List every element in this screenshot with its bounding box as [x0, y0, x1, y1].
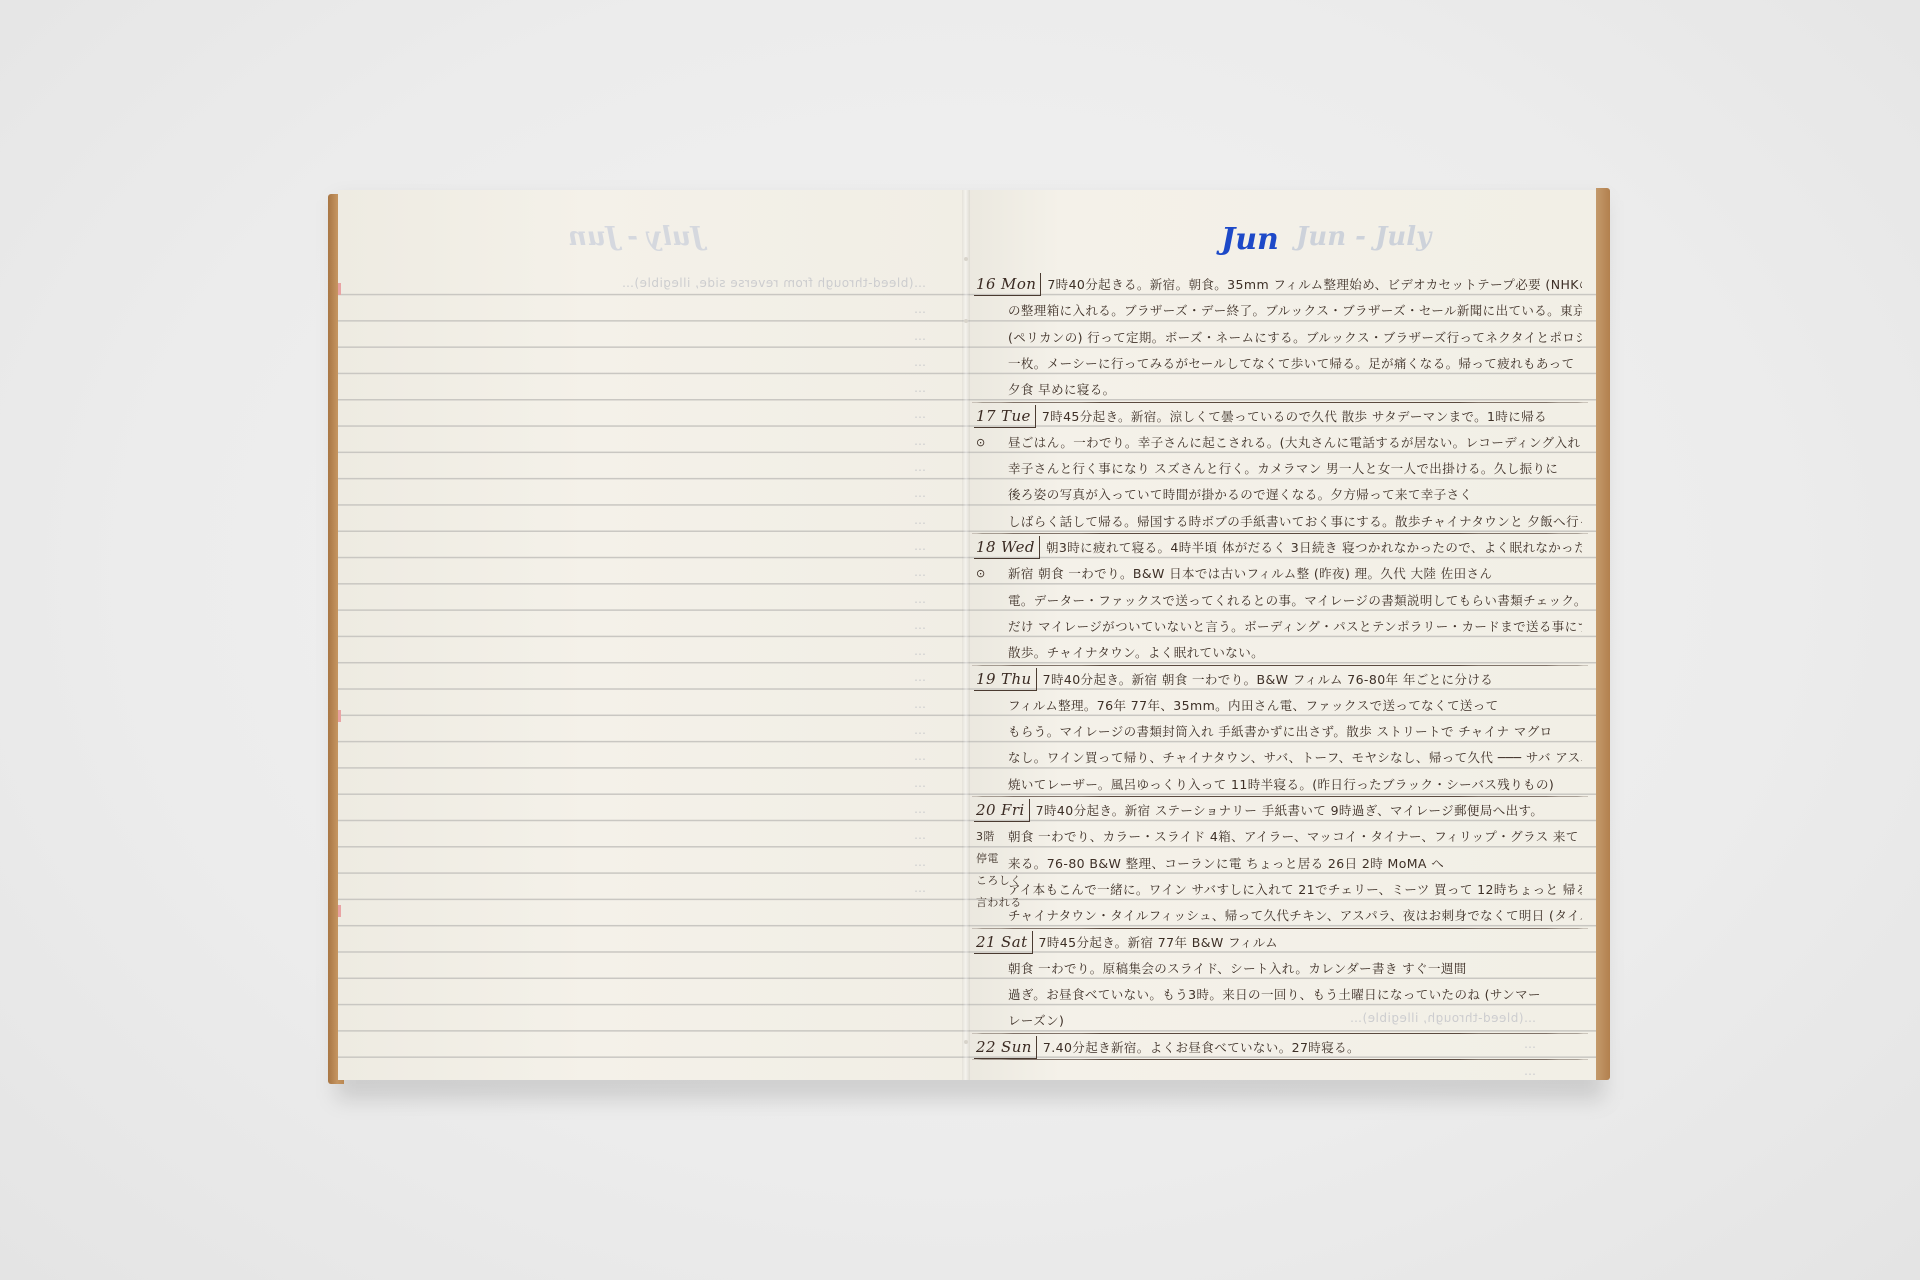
entry-text: もらう。マイレージの書類封筒入れ 手紙書かずに出さず。散歩 ストリートで チャイ… — [1008, 724, 1553, 739]
entry-line: 一枚。メーシーに行ってみるがセールしてなくて歩いて帰る。足が痛くなる。帰って疲れ… — [974, 351, 1582, 377]
entry-text: チャイナタウン・タイルフィッシュ、帰って久代チキン、アスパラ、夜はお刺身でなくて… — [1008, 908, 1582, 923]
bleed-through-line: … — [358, 480, 926, 506]
entry-text: (ペリカンの) 行って定期。ボーズ・ネームにする。ブルックス・ブラザーズ行ってネ… — [1008, 330, 1582, 345]
entry-line: だけ マイレージがついていないと言う。ボーディング・パスとテンポラリー・カードま… — [974, 614, 1582, 640]
bleed-through-line: … — [358, 323, 926, 349]
entry-text: 7時40分起き。新宿 朝食 一わでり。B&W フィルム 76-80年 年ごとに分… — [1043, 672, 1494, 687]
entry-text: 7時40分起きる。新宿。朝食。35mm フィルム整理始め、ビデオカセットテープ必… — [1047, 277, 1582, 292]
entry-text: しばらく話して帰る。帰国する時ボブの手紙書いておく事にする。散歩チャイナタウンと… — [1008, 514, 1582, 529]
entry-date: 17 Tue — [974, 405, 1036, 428]
bleed-through-line: …(bleed-through, illegible)… — [1056, 1005, 1536, 1031]
entry-date: 20 Fri — [974, 799, 1030, 822]
entry-separator — [972, 665, 1588, 666]
entry-date: 22 Sun — [974, 1036, 1037, 1059]
entry-text: 7時40分起き。新宿 ステーショナリー 手紙書いて 9時過ぎ、マイレージ郵便局へ… — [1036, 803, 1544, 818]
entry-line: の整理箱に入れる。ブラザーズ・デー終了。ブルックス・ブラザーズ・セール新聞に出て… — [974, 298, 1582, 324]
binding-stitch — [964, 319, 968, 323]
notebook-cover-right-edge — [1596, 188, 1610, 1080]
diary-entry: 19 Thu7時40分起き。新宿 朝食 一わでり。B&W フィルム 76-80年… — [974, 667, 1582, 798]
entry-text: 過ぎ。お昼食べていない。もう3時。来日の一回り、もう土曜日になっていたのね (サ… — [1008, 987, 1541, 1002]
entry-text: 電。データー・ファックスで送ってくれるとの事。マイレージの書類説明してもらい書類… — [1008, 593, 1582, 608]
entry-text: アイ本もこんで一緒に。ワイン サバすしに入れて 21でチェリー、ミーツ 買って … — [1008, 882, 1582, 897]
entry-text: 7時45分起き。新宿。涼しくて曇っているので久代 散歩 サタデーマンまで。1時に… — [1042, 409, 1547, 424]
bleed-through-line: … — [358, 822, 926, 848]
entry-line: 幸子さんと行く事になり スズさんと行く。カメラマン 男一人と女一人で出掛ける。久… — [974, 456, 1582, 482]
entry-line: (ペリカンの) 行って定期。ボーズ・ネームにする。ブルックス・ブラザーズ行ってネ… — [974, 325, 1582, 351]
circled-dot-mark: ⊙ — [976, 567, 986, 581]
bleed-through-line: … — [358, 875, 926, 901]
entry-line: もらう。マイレージの書類封筒入れ 手紙書かずに出さず。散歩 ストリートで チャイ… — [974, 719, 1582, 745]
entry-separator — [972, 928, 1588, 929]
bleed-through-line: … — [358, 770, 926, 796]
entry-text: 昼ごはん。一わでり。幸子さんに起こされる。(大丸さんに電話するが居ない。レコーデ… — [1008, 435, 1582, 450]
bleed-through-line: … — [358, 454, 926, 480]
entry-text: 幸子さんと行く事になり スズさんと行く。カメラマン 男一人と女一人で出掛ける。久… — [1008, 461, 1558, 476]
entry-text: 後ろ姿の写真が入っていて時間が掛かるので遅くなる。夕方帰って来て幸子さく — [1008, 487, 1472, 502]
bleed-through-line: … — [358, 401, 926, 427]
bleed-through-line: … — [358, 296, 926, 322]
entry-text: 新宿 朝食 一わでり。B&W 日本では古いフィルム整 (昨夜) 理。久代 大陸 … — [1008, 566, 1492, 581]
bleed-through-text: …(bleed-through from reverse side, illeg… — [358, 270, 926, 901]
entry-line: アイ本もこんで一緒に。ワイン サバすしに入れて 21でチェリー、ミーツ 買って … — [974, 877, 1582, 903]
binding-stitch — [964, 1040, 968, 1044]
entry-separator — [972, 402, 1588, 403]
entry-text: 朝3時に疲れて寝る。4時半頃 体がだるく 3日続き 寝つかれなかったので、よく眠… — [1046, 540, 1582, 555]
bleed-through-line: … — [1056, 1031, 1536, 1057]
entry-line: 後ろ姿の写真が入っていて時間が掛かるので遅くなる。夕方帰って来て幸子さく — [974, 482, 1582, 508]
entry-text: なし。ワイン買って帰り、チャイナタウン、サバ、トーフ、モヤシなし、帰って久代 ─… — [1008, 750, 1582, 765]
bleed-through-line: … — [358, 849, 926, 875]
bleed-through-line: …(bleed-through from reverse side, illeg… — [358, 270, 926, 296]
entry-line: 来る。76-80 B&W 整理、コーランに電 ちょっと居る 26日 2時 MoM… — [974, 851, 1582, 877]
bleed-through-line: … — [358, 349, 926, 375]
entry-date: 18 Wed — [974, 536, 1040, 559]
entry-line: フィルム整理。76年 77年、35mm。内田さん電、ファックスで送ってなくて送っ… — [974, 693, 1582, 719]
entry-text: の整理箱に入れる。ブラザーズ・デー終了。ブルックス・ブラザーズ・セール新聞に出て… — [1008, 303, 1582, 318]
diary-entry: 18 Wed朝3時に疲れて寝る。4時半頃 体がだるく 3日続き 寝つかれなかった… — [974, 535, 1582, 666]
bleed-through-line: … — [358, 612, 926, 638]
circled-dot-mark: ⊙ — [976, 436, 986, 450]
margin-note: 停電 — [976, 852, 999, 866]
bleed-through-line: … — [358, 717, 926, 743]
bleed-through-line: … — [358, 507, 926, 533]
entry-date: 19 Thu — [974, 668, 1037, 691]
entry-line: 17 Tue7時45分起き。新宿。涼しくて曇っているので久代 散歩 サタデーマン… — [974, 404, 1582, 430]
bleed-through-line: … — [358, 428, 926, 454]
open-notebook: July - Jun …(bleed-through from reverse … — [330, 190, 1602, 1090]
diary-entry: 17 Tue7時45分起き。新宿。涼しくて曇っているので久代 散歩 サタデーマン… — [974, 404, 1582, 535]
entry-line: 21 Sat7時45分起き。新宿 77年 B&W フィルム — [974, 930, 1582, 956]
diary-entry: 20 Fri7時40分起き。新宿 ステーショナリー 手紙書いて 9時過ぎ、マイレ… — [974, 798, 1582, 929]
entry-text: 来る。76-80 B&W 整理、コーランに電 ちょっと居る 26日 2時 MoM… — [1008, 856, 1444, 871]
entry-text: 7時45分起き。新宿 77年 B&W フィルム — [1039, 935, 1279, 950]
bleed-through-line: … — [1056, 1058, 1536, 1080]
entry-line: 朝食 一わでり、カラー・スライド 4箱、アイラー、マッコイ・タイナー、フィリップ… — [974, 824, 1582, 850]
entry-text: 焼いてレーザー。風呂ゆっくり入って 11時半寝る。(昨日行ったブラック・シーバス… — [1008, 777, 1554, 792]
bleed-through-line: … — [358, 743, 926, 769]
entry-line: 夕食 早めに寝る。 — [974, 377, 1582, 403]
entry-line: 電。データー・ファックスで送ってくれるとの事。マイレージの書類説明してもらい書類… — [974, 588, 1582, 614]
entry-line: 焼いてレーザー。風呂ゆっくり入って 11時半寝る。(昨日行ったブラック・シーバス… — [974, 772, 1582, 798]
right-page-ghost-month-title: Jun - July — [1296, 222, 1431, 252]
bleed-through-line: … — [358, 586, 926, 612]
month-title: Jun — [1221, 222, 1279, 257]
entry-text: 散歩。チャイナタウン。よく眠れていない。 — [1008, 645, 1264, 660]
red-margin-mark — [338, 283, 341, 295]
entry-text: フィルム整理。76年 77年、35mm。内田さん電、ファックスで送ってなくて送っ… — [1008, 698, 1499, 713]
left-page: July - Jun …(bleed-through from reverse … — [338, 190, 966, 1080]
margin-note: 3階 — [976, 830, 995, 844]
entry-text: 夕食 早めに寝る。 — [1008, 382, 1116, 397]
bleed-through-line: … — [358, 375, 926, 401]
entry-line: 朝食 一わでり。原稿集会のスライド、シート入れ。カレンダー書き すぐ一週間 — [974, 956, 1582, 982]
red-margin-mark — [338, 710, 341, 722]
entry-line: 20 Fri7時40分起き。新宿 ステーショナリー 手紙書いて 9時過ぎ、マイレ… — [974, 798, 1582, 824]
red-margin-mark — [338, 905, 341, 917]
binding-stitch — [964, 257, 968, 261]
bleed-through-line: … — [358, 691, 926, 717]
margin-note: 言われる — [976, 896, 1022, 910]
entry-line: 散歩。チャイナタウン。よく眠れていない。 — [974, 640, 1582, 666]
bleed-through-line: … — [358, 796, 926, 822]
margin-note: ころしく — [976, 874, 1022, 888]
bleed-through-line: … — [358, 559, 926, 585]
diary-entry: 16 Mon7時40分起きる。新宿。朝食。35mm フィルム整理始め、ビデオカセ… — [974, 272, 1582, 403]
left-page-ghost-month-title: July - Jun — [568, 222, 703, 252]
bleed-through-line: … — [358, 533, 926, 559]
entry-line: 新宿 朝食 一わでり。B&W 日本では古いフィルム整 (昨夜) 理。久代 大陸 … — [974, 561, 1582, 587]
entry-text: 朝食 一わでり、カラー・スライド 4箱、アイラー、マッコイ・タイナー、フィリップ… — [1008, 829, 1579, 844]
entry-text: 朝食 一わでり。原稿集会のスライド、シート入れ。カレンダー書き すぐ一週間 — [1008, 961, 1467, 976]
entry-text: だけ マイレージがついていないと言う。ボーディング・パスとテンポラリー・カードま… — [1008, 619, 1582, 634]
entry-line: チャイナタウン・タイルフィッシュ、帰って久代チキン、アスパラ、夜はお刺身でなくて… — [974, 903, 1582, 929]
entry-date: 16 Mon — [974, 273, 1041, 296]
entry-line: 16 Mon7時40分起きる。新宿。朝食。35mm フィルム整理始め、ビデオカセ… — [974, 272, 1582, 298]
bleed-through-line: … — [358, 638, 926, 664]
entry-line: 18 Wed朝3時に疲れて寝る。4時半頃 体がだるく 3日続き 寝つかれなかった… — [974, 535, 1582, 561]
entry-line: しばらく話して帰る。帰国する時ボブの手紙書いておく事にする。散歩チャイナタウンと… — [974, 509, 1582, 535]
right-page: Jun - July Jun 16 Mon7時40分起きる。新宿。朝食。35mm… — [966, 190, 1596, 1080]
entry-date: 21 Sat — [974, 931, 1033, 954]
entry-line: なし。ワイン買って帰り、チャイナタウン、サバ、トーフ、モヤシなし、帰って久代 ─… — [974, 745, 1582, 771]
bleed-through-line: … — [358, 664, 926, 690]
entry-line: 昼ごはん。一わでり。幸子さんに起こされる。(大丸さんに電話するが居ない。レコーデ… — [974, 430, 1582, 456]
entry-text: 一枚。メーシーに行ってみるがセールしてなくて歩いて帰る。足が痛くなる。帰って疲れ… — [1008, 356, 1574, 371]
bleed-through-text: …(bleed-through, illegible)……… — [1056, 1005, 1536, 1080]
spine-gutter — [962, 190, 970, 1080]
entry-line: 19 Thu7時40分起き。新宿 朝食 一わでり。B&W フィルム 76-80年… — [974, 667, 1582, 693]
